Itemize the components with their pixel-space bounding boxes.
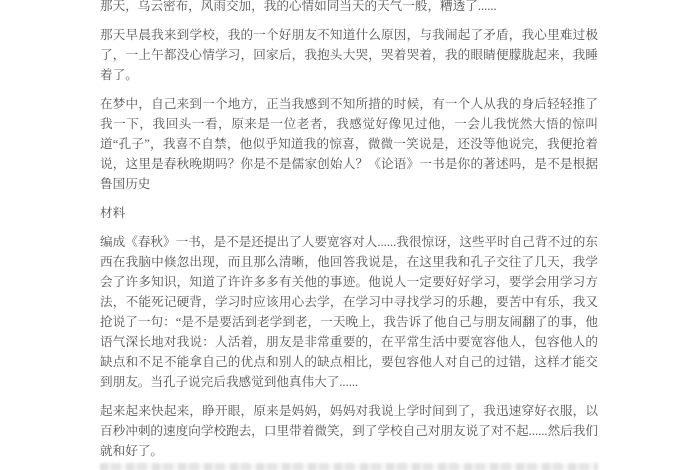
paragraph: 材料 <box>100 203 598 223</box>
bottom-cutoff-text-line <box>100 463 598 470</box>
paragraph: 在梦中，自己来到一个地方，正当我感到不知所措的时候，有一个人从我的身后轻轻推了我… <box>100 94 598 194</box>
document-page: 那天，乌云密布，风雨交加，我的心情如同当天的天气一般，糟透了......那天早晨… <box>0 0 700 470</box>
paragraph: 起来起来快起来，睁开眼，原来是妈妈，妈妈对我说上学时间到了，我迅速穿好衣服，以百… <box>100 401 598 461</box>
paragraph: 那天，乌云密布，风雨交加，我的心情如同当天的天气一般，糟透了...... <box>100 0 598 16</box>
paragraph: 编成《春秋》一书，是不是还提出了人要宽容对人......我很惊讶，这些平时自己背… <box>100 232 598 392</box>
paragraph: 那天早晨我来到学校，我的一个好朋友不知道什么原因，与我闹起了矛盾，我心里难过极了… <box>100 25 598 85</box>
document-body: 那天，乌云密布，风雨交加，我的心情如同当天的天气一般，糟透了......那天早晨… <box>100 0 598 461</box>
